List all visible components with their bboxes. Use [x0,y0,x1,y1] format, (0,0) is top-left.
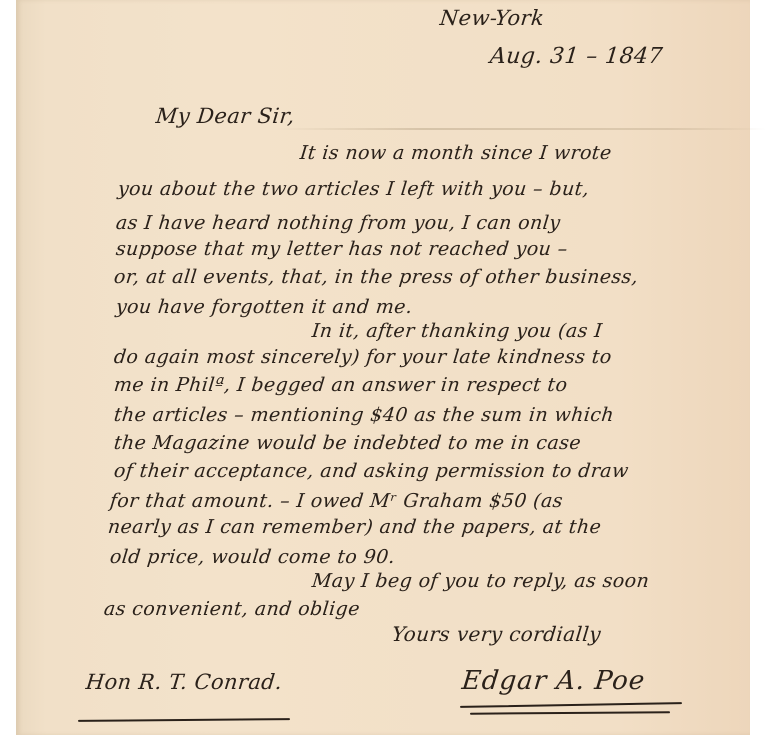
addressee: Hon R. T. Conrad. [85,670,284,694]
body-line: May I beg of you to reply, as soon [311,570,651,592]
letter-date: Aug. 31 – 1847 [489,44,664,69]
letter-salutation: My Dear Sir, [155,104,296,128]
paper-fold-crease [276,128,766,130]
letter-closing: Yours very cordially [391,622,602,646]
body-line: of their acceptance, and asking permissi… [113,460,630,482]
body-line: do again most sincerely) for your late k… [113,346,613,368]
body-line: as convenient, and oblige [103,598,361,620]
body-line: as I have heard nothing from you, I can … [115,212,562,234]
signature: Edgar A. Poe [460,666,646,696]
body-line: In it, after thanking you (as I [311,320,604,342]
body-line: the Magazine would be indebted to me in … [113,432,582,454]
body-line: nearly as I can remember) and the papers… [107,516,603,538]
body-line: or, at all events, that, in the press of… [113,266,640,288]
body-line: you about the two articles I left with y… [117,178,590,200]
body-line: for that amount. – I owed Mʳ Graham $50 … [109,490,564,512]
body-line: the articles – mentioning $40 as the sum… [113,404,615,426]
body-line: old price, would come to 90. [109,546,396,568]
body-line: you have forgotten it and me. [115,296,414,318]
body-line: It is now a month since I wrote [299,142,613,164]
body-line: suppose that my letter has not reached y… [115,238,569,260]
body-line: me in Philª, I begged an answer in respe… [113,374,569,396]
letter-place: New-York [439,6,546,30]
